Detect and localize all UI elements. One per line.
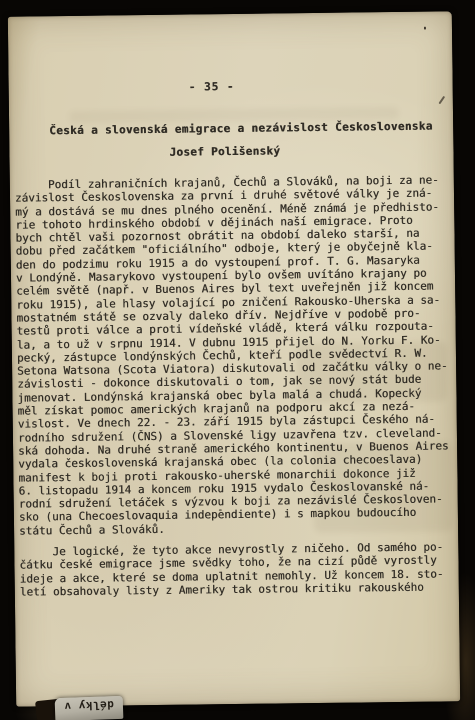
paragraph: Podíl zahraničních krajanů, Čechů a Slov… [15,173,455,537]
scanner-background: - 35 - Česká a slovenská emigrace a nezá… [0,0,475,720]
body-text: Podíl zahraničních krajanů, Čechů a Slov… [15,173,456,598]
ink-speck [424,27,426,30]
document-page: - 35 - Česká a slovenská emigrace a nezá… [8,11,460,706]
scanned-document-screenshot: { "page": { "number_label": "- 35 -", "t… [0,0,475,720]
ink-speck [219,509,222,511]
page-number: - 35 - [189,80,235,94]
upside-down-fragment-text: délky v [55,698,123,713]
torn-paper-fragment: délky v [55,696,124,720]
pen-mark [438,96,444,104]
paragraph: Je logické, že tyto akce nevyrostly z ni… [19,540,456,599]
article-author: Josef Polišenský [169,144,280,158]
